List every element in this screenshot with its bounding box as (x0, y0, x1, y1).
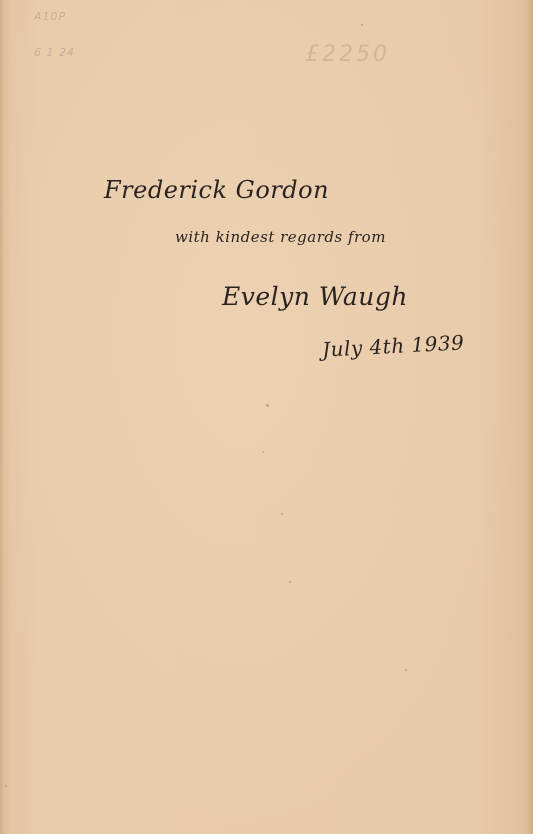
paper-speck (5, 785, 7, 787)
inscription-date: July 4th 1939 (321, 330, 464, 361)
page-right-edge (527, 0, 533, 834)
inscription-sentiment: with kindest regards from (175, 228, 386, 246)
paper-speck (262, 451, 264, 453)
inscription-signature: Evelyn Waugh (222, 282, 408, 311)
paper-speck (361, 24, 363, 26)
pencil-code-line-2: 6 1 24 (34, 46, 75, 59)
book-page: A10P 6 1 24 £2250 Frederick Gordon with … (0, 0, 533, 834)
paper-speck (405, 669, 407, 671)
paper-speck (266, 404, 269, 407)
paper-speck (289, 581, 291, 583)
pencil-price: £2250 (305, 42, 390, 67)
page-left-edge (0, 0, 4, 834)
paper-speck (281, 513, 283, 515)
inscription-recipient: Frederick Gordon (104, 176, 329, 204)
pencil-code-line-1: A10P (34, 10, 66, 23)
